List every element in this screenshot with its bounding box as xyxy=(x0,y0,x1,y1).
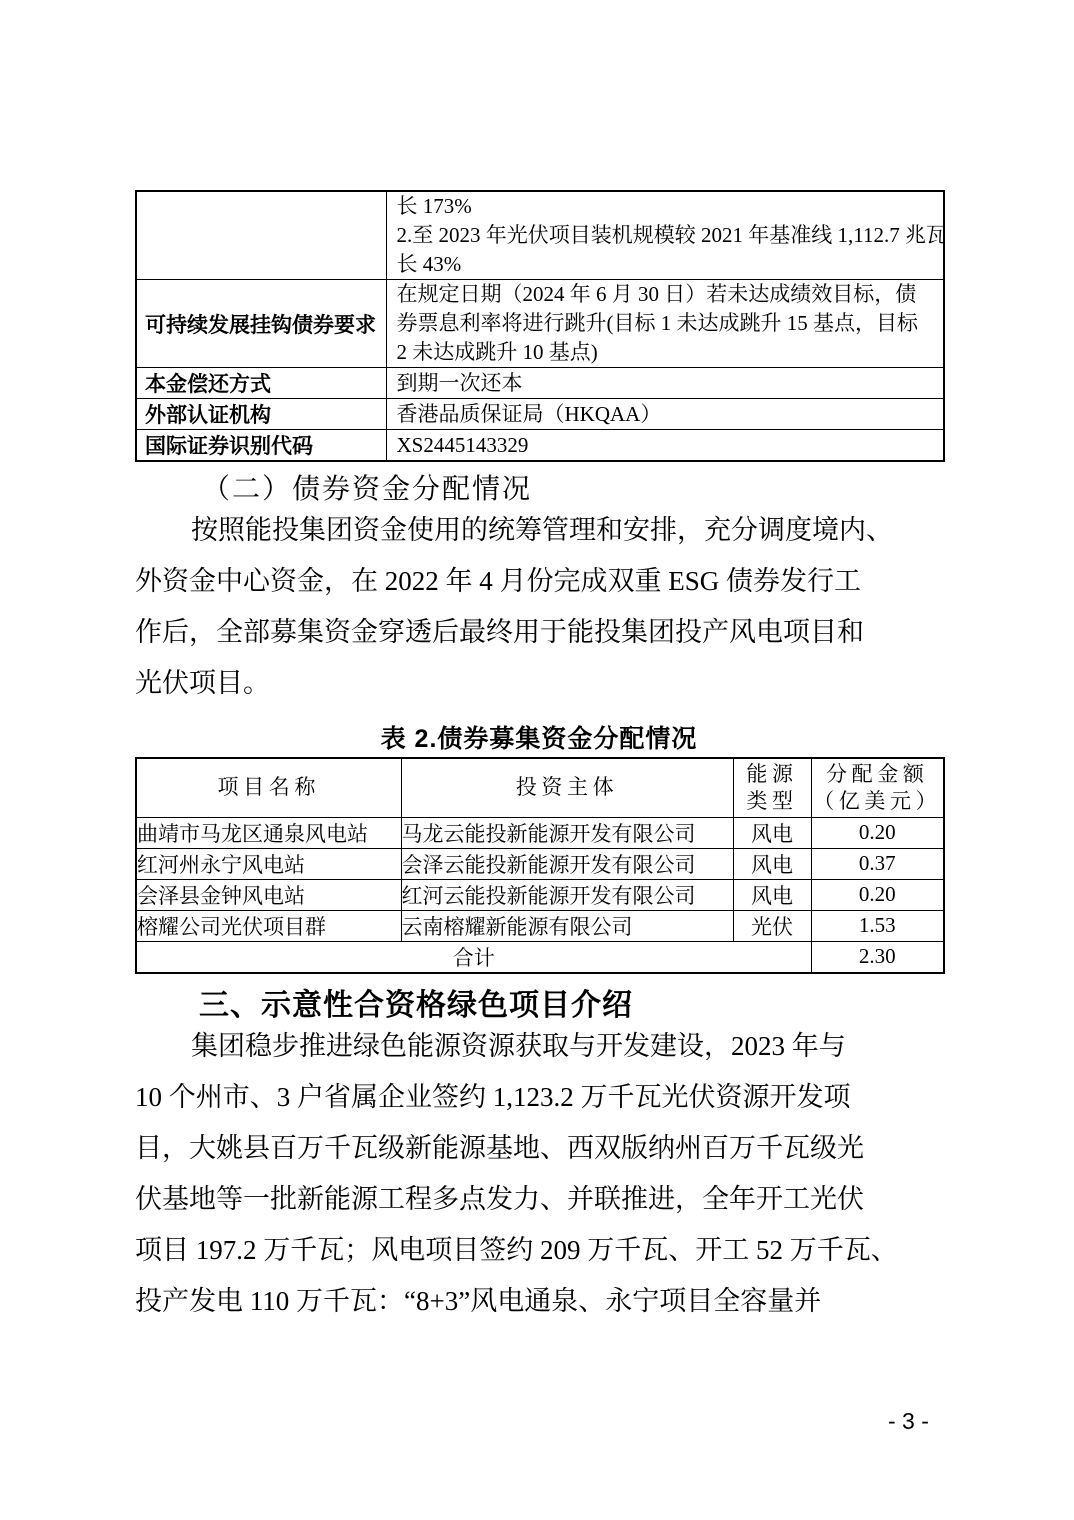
table-row: 曲靖市马龙区通泉风电站 马龙云能投新能源开发有限公司 风电 0.20 xyxy=(136,817,944,848)
amount-cell: 0.20 xyxy=(811,817,944,848)
table-row: 本金偿还方式 到期一次还本 xyxy=(136,368,944,399)
table-row: 外部认证机构 香港品质保证局（HKQAA） xyxy=(136,399,944,430)
row-label-cell: 本金偿还方式 xyxy=(136,368,386,399)
table-total-row: 合计 2.30 xyxy=(136,941,944,973)
total-amount-cell: 2.30 xyxy=(811,941,944,973)
investor-cell: 马龙云能投新能源开发有限公司 xyxy=(401,817,733,848)
page-number: - 3 - xyxy=(888,1408,929,1435)
amount-cell: 0.20 xyxy=(811,879,944,910)
amount-cell: 1.53 xyxy=(811,910,944,941)
table-row: 红河州永宁风电站 会泽云能投新能源开发有限公司 风电 0.37 xyxy=(136,848,944,879)
row-value-cell: 长 173% 2.至 2023 年光伏项目装机规模较 2021 年基准线 1,1… xyxy=(386,191,944,280)
table-row: 榕耀公司光伏项目群 云南榕耀新能源有限公司 光伏 1.53 xyxy=(136,910,944,941)
energy-cell: 风电 xyxy=(733,848,811,879)
paragraph-line: 作后，全部募集资金穿透后最终用于能投集团投产风电项目和 xyxy=(135,607,943,658)
investor-cell: 会泽云能投新能源开发有限公司 xyxy=(401,848,733,879)
table-row: 长 173% 2.至 2023 年光伏项目装机规模较 2021 年基准线 1,1… xyxy=(136,191,944,280)
column-header-investor: 投资主体 xyxy=(401,758,733,817)
column-header-energy: 能源 类型 xyxy=(733,758,811,817)
paragraph-line: 伏基地等一批新能源工程多点发力、并联推进，全年开工光伏 xyxy=(135,1174,943,1225)
value-line: 2.至 2023 年光伏项目装机规模较 2021 年基准线 1,112.7 兆瓦… xyxy=(397,221,944,250)
table-header-row: 项目名称 投资主体 能源 类型 分配金额 （亿美元） xyxy=(136,758,944,817)
investor-cell: 云南榕耀新能源有限公司 xyxy=(401,910,733,941)
table-2-caption: 表 2.债券募集资金分配情况 xyxy=(135,719,943,755)
row-value-cell: XS2445143329 xyxy=(386,430,944,462)
value-line: 长 173% xyxy=(397,192,944,221)
table-row: 可持续发展挂钩债券要求 在规定日期（2024 年 6 月 30 日）若未达成绩效… xyxy=(136,280,944,368)
row-label-cell: 可持续发展挂钩债券要求 xyxy=(136,280,386,368)
header-line: 类型 xyxy=(734,788,811,815)
value-line: 长 43% xyxy=(397,250,944,279)
section-2-heading: （二）债券资金分配情况 xyxy=(202,467,532,507)
header-line: （亿美元） xyxy=(812,788,944,815)
value-line: 在规定日期（2024 年 6 月 30 日）若未达成绩效目标，债 xyxy=(397,280,944,309)
row-value-cell: 到期一次还本 xyxy=(386,368,944,399)
header-line: 能源 xyxy=(734,761,811,788)
section-3-heading: 三、示意性合资格绿色项目介绍 xyxy=(199,980,633,1024)
row-label-cell: 国际证券识别代码 xyxy=(136,430,386,462)
paragraph-line: 投产发电 110 万千瓦：“8+3”风电通泉、永宁项目全容量并 xyxy=(135,1276,943,1327)
amount-cell: 0.37 xyxy=(811,848,944,879)
paragraph-line: 集团稳步推进绿色能源资源获取与开发建设，2023 年与 xyxy=(135,1021,943,1072)
document-page: 长 173% 2.至 2023 年光伏项目装机规模较 2021 年基准线 1,1… xyxy=(0,0,1074,1520)
project-cell: 会泽县金钟风电站 xyxy=(136,879,401,910)
row-label-cell: 外部认证机构 xyxy=(136,399,386,430)
table-row: 国际证券识别代码 XS2445143329 xyxy=(136,430,944,462)
bond-details-table: 长 173% 2.至 2023 年光伏项目装机规模较 2021 年基准线 1,1… xyxy=(135,190,945,462)
paragraph-line: 按照能投集团资金使用的统筹管理和安排，充分调度境内、 xyxy=(135,505,943,556)
project-cell: 曲靖市马龙区通泉风电站 xyxy=(136,817,401,848)
row-value-cell: 在规定日期（2024 年 6 月 30 日）若未达成绩效目标，债 券票息利率将进… xyxy=(386,280,944,368)
column-header-project: 项目名称 xyxy=(136,758,401,817)
value-line: 香港品质保证局（HKQAA） xyxy=(397,400,944,429)
value-line: 券票息利率将进行跳升(目标 1 未达成跳升 15 基点，目标 xyxy=(397,309,944,338)
paragraph-line: 目，大姚县百万千瓦级新能源基地、西双版纳州百万千瓦级光 xyxy=(135,1123,943,1174)
column-header-amount: 分配金额 （亿美元） xyxy=(811,758,944,817)
table-row: 会泽县金钟风电站 红河云能投新能源开发有限公司 风电 0.20 xyxy=(136,879,944,910)
fund-allocation-table: 项目名称 投资主体 能源 类型 分配金额 （亿美元） 曲靖市马龙区通泉风电站 马… xyxy=(135,757,945,974)
paragraph-line: 项目 197.2 万千瓦；风电项目签约 209 万千瓦、开工 52 万千瓦、 xyxy=(135,1225,943,1276)
row-label-cell xyxy=(136,191,386,280)
project-cell: 榕耀公司光伏项目群 xyxy=(136,910,401,941)
paragraph-line: 光伏项目。 xyxy=(135,658,943,709)
header-line: 分配金额 xyxy=(812,761,944,788)
project-cell: 红河州永宁风电站 xyxy=(136,848,401,879)
total-label-cell: 合计 xyxy=(136,941,811,973)
energy-cell: 风电 xyxy=(733,879,811,910)
value-line: XS2445143329 xyxy=(397,431,944,460)
section-3-paragraph: 集团稳步推进绿色能源资源获取与开发建设，2023 年与 10 个州市、3 户省属… xyxy=(135,1021,943,1327)
value-line: 到期一次还本 xyxy=(397,369,944,398)
energy-cell: 风电 xyxy=(733,817,811,848)
value-line: 2 未达成跳升 10 基点) xyxy=(397,338,944,367)
energy-cell: 光伏 xyxy=(733,910,811,941)
investor-cell: 红河云能投新能源开发有限公司 xyxy=(401,879,733,910)
row-value-cell: 香港品质保证局（HKQAA） xyxy=(386,399,944,430)
paragraph-line: 10 个州市、3 户省属企业签约 1,123.2 万千瓦光伏资源开发项 xyxy=(135,1072,943,1123)
section-2-paragraph: 按照能投集团资金使用的统筹管理和安排，充分调度境内、 外资金中心资金，在 202… xyxy=(135,505,943,709)
paragraph-line: 外资金中心资金，在 2022 年 4 月份完成双重 ESG 债券发行工 xyxy=(135,556,943,607)
